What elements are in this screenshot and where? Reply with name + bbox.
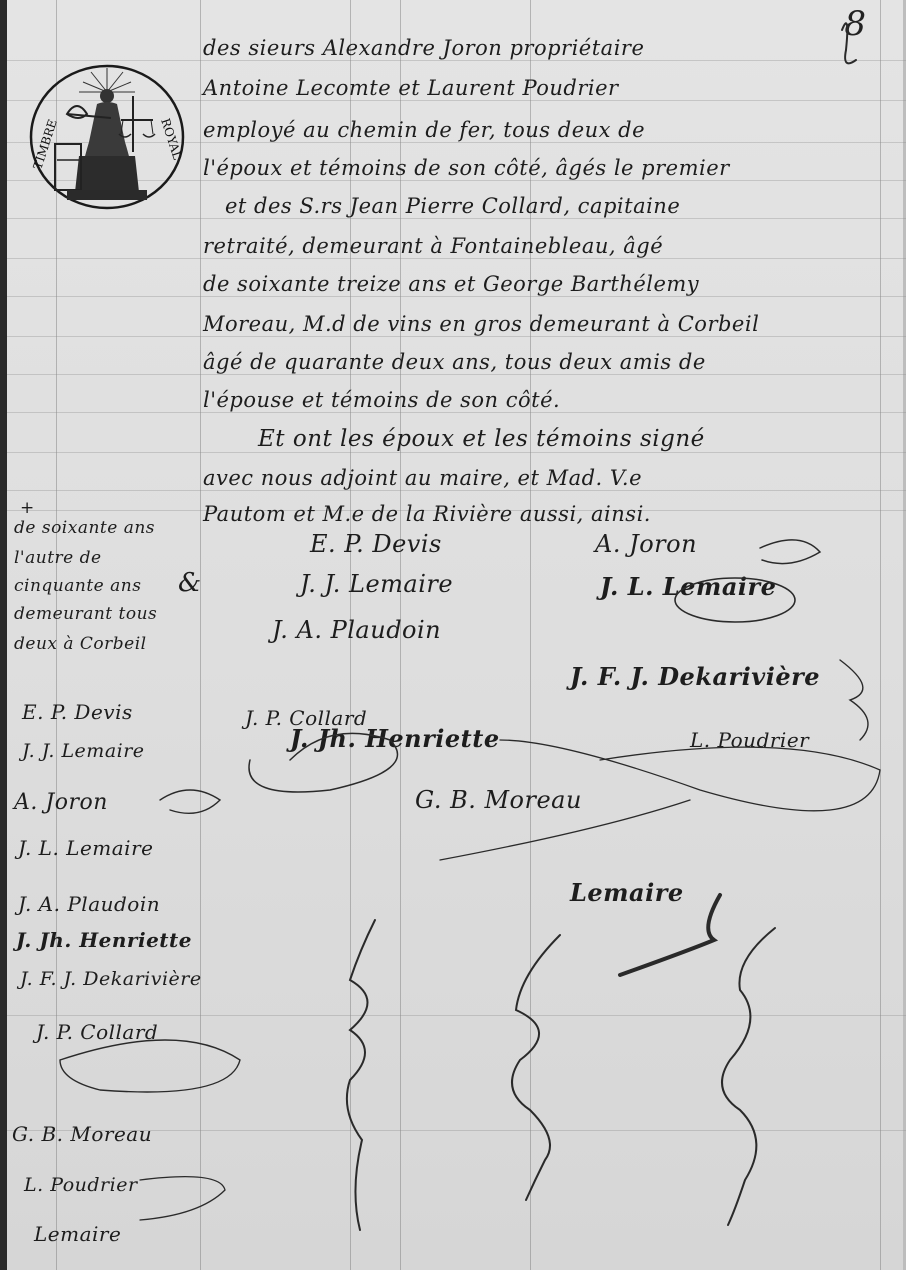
signature: E. P. Devis: [310, 530, 442, 558]
margin-signature: J. A. Plaudoin: [18, 892, 160, 916]
margin-signature: J. L. Lemaire: [18, 836, 153, 860]
horizontal-rule: [7, 412, 906, 413]
body-line: Et ont les époux et les témoins signé: [258, 426, 705, 452]
horizontal-rule: [7, 1015, 906, 1016]
margin-note-line: demeurant tous: [14, 604, 157, 624]
horizontal-rule: [7, 218, 906, 219]
margin-note-line: deux à Corbeil: [14, 634, 147, 654]
horizontal-rule: [7, 60, 906, 61]
body-line: avec nous adjoint au maire, et Mad. V.e: [203, 466, 642, 490]
signature: J. F. J. Dekarivière: [570, 662, 820, 691]
signature: L. Poudrier: [690, 728, 809, 752]
margin-note-line: cinquante ans: [14, 576, 141, 596]
signature: A. Joron: [595, 530, 697, 558]
signature: J. L. Lemaire: [600, 572, 776, 601]
margin-signature: Lemaire: [34, 1222, 121, 1246]
document-page: 8 TIMBRE ROYAL: [0, 0, 906, 1270]
horizontal-rule: [7, 374, 906, 375]
signature: J. A. Plaudoin: [272, 616, 441, 644]
body-line: l'épouse et témoins de son côté.: [203, 388, 560, 412]
margin-insert-mark: +: [20, 498, 35, 518]
body-line: Antoine Lecomte et Laurent Poudrier: [203, 76, 619, 100]
horizontal-rule: [7, 490, 906, 491]
margin-rule: [200, 0, 201, 1270]
body-line: Moreau, M.d de vins en gros demeurant à …: [203, 312, 759, 336]
margin-signature: J. F. J. Dekarivière: [20, 968, 202, 990]
horizontal-rule: [7, 452, 906, 453]
signature: J. J. Lemaire: [300, 570, 453, 598]
margin-signature: J. J. Lemaire: [22, 740, 145, 762]
signature: J. Jh. Henriette: [290, 724, 500, 753]
margin-note-line: de soixante ans: [14, 518, 155, 538]
vertical-rule: [530, 0, 531, 1270]
justice-seal-icon: TIMBRE ROYAL: [27, 62, 187, 212]
page-binding-edge: [0, 0, 7, 1270]
body-line: l'époux et témoins de son côté, âgés le …: [203, 156, 730, 180]
margin-signature: E. P. Devis: [22, 700, 133, 724]
margin-signature: G. B. Moreau: [12, 1122, 152, 1146]
body-line: employé au chemin de fer, tous deux de: [203, 118, 645, 142]
timbre-royal-stamp: TIMBRE ROYAL: [27, 62, 187, 212]
body-line: et des S.rs Jean Pierre Collard, capitai…: [225, 194, 680, 218]
margin-note-line: l'autre de: [14, 548, 102, 568]
vertical-rule: [880, 0, 881, 1270]
signature: Lemaire: [570, 878, 684, 907]
signature: G. B. Moreau: [415, 786, 582, 814]
body-line: retraité, demeurant à Fontainebleau, âgé: [203, 234, 663, 258]
margin-signature: J. Jh. Henriette: [16, 928, 192, 952]
folio-mark: 8: [844, 4, 866, 44]
body-line: des sieurs Alexandre Joron propriétaire: [203, 36, 644, 60]
margin-approval-mark: &: [178, 568, 202, 598]
margin-signature: A. Joron: [14, 790, 108, 815]
margin-signature: J. P. Collard: [36, 1020, 158, 1044]
horizontal-rule: [7, 296, 906, 297]
body-line: de soixante treize ans et George Barthél…: [203, 272, 699, 296]
margin-signature: L. Poudrier: [24, 1174, 138, 1196]
body-line: âgé de quarante deux ans, tous deux amis…: [203, 350, 706, 374]
horizontal-rule: [7, 258, 906, 259]
body-line: Pautom et M.e de la Rivière aussi, ainsi…: [203, 502, 651, 526]
horizontal-rule: [7, 336, 906, 337]
